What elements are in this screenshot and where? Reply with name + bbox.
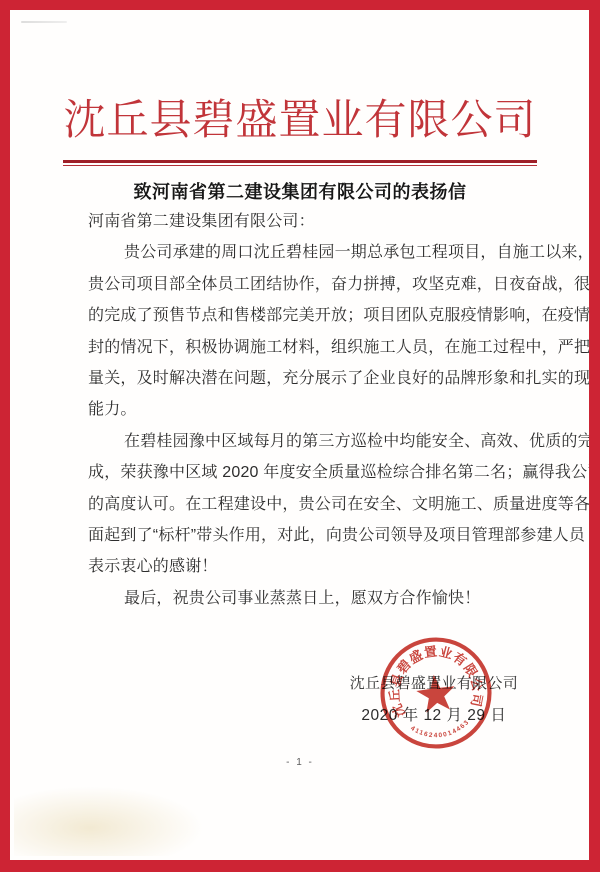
- body-line: 的完成了预售节点和售楼部完美开放；项目团队克服疫情影响，在疫情解: [88, 300, 518, 331]
- body-line: 在碧桂园豫中区域每月的第三方巡检中均能安全、高效、优质的完: [88, 426, 518, 457]
- body-line: 的高度认可。在工程建设中，贵公司在安全、文明施工、质量进度等各方: [88, 489, 518, 520]
- body-line: 面起到了“标杆”带头作用，对此，向贵公司领导及项目管理部参建人员: [88, 520, 518, 551]
- body-line: 贵公司承建的周口沈丘碧桂园一期总承包工程项目，自施工以来，: [88, 237, 518, 268]
- letter-body: 河南省第二建设集团有限公司： 贵公司承建的周口沈丘碧桂园一期总承包工程项目，自施…: [88, 206, 518, 614]
- letterhead-rule: [63, 160, 537, 166]
- body-line: 能力。: [88, 394, 518, 425]
- signature-date: 2020 年 12 月 29 日: [350, 700, 518, 732]
- body-line: 贵公司项目部全体员工团结协作，奋力拼搏，攻坚克难，日夜奋战，很好: [88, 269, 518, 300]
- body-line: 量关，及时解决潜在问题，充分展示了企业良好的品牌形象和扎实的现场: [88, 363, 518, 394]
- letterhead-company-name: 沈丘县碧盛置业有限公司: [0, 96, 600, 144]
- body-line: 封的情况下，积极协调施工材料，组织施工人员，在施工过程中，严把质: [88, 332, 518, 363]
- salutation-line: 河南省第二建设集团有限公司：: [88, 206, 518, 237]
- page-number: - 1 -: [0, 757, 600, 768]
- scan-artifact-line: [21, 21, 67, 23]
- letterhead-rule-thin: [63, 165, 537, 166]
- scan-artifact-smudge: [14, 786, 204, 856]
- closing-line: 最后，祝贵公司事业蒸蒸日上，愿双方合作愉快！: [88, 583, 518, 614]
- signature-block: 沈丘县碧盛置业有限公司 2020 年 12 月 29 日: [350, 668, 518, 732]
- body-line: 表示衷心的感谢！: [88, 551, 518, 582]
- letter-title: 致河南省第二建设集团有限公司的表扬信: [0, 178, 600, 204]
- letter-page: 沈丘县碧盛置业有限公司 致河南省第二建设集团有限公司的表扬信 河南省第二建设集团…: [0, 0, 600, 872]
- signature-company-name: 沈丘县碧盛置业有限公司: [350, 668, 518, 700]
- body-line: 成，荣获豫中区域 2020 年度安全质量巡检综合排名第二名；赢得我公司: [88, 457, 518, 488]
